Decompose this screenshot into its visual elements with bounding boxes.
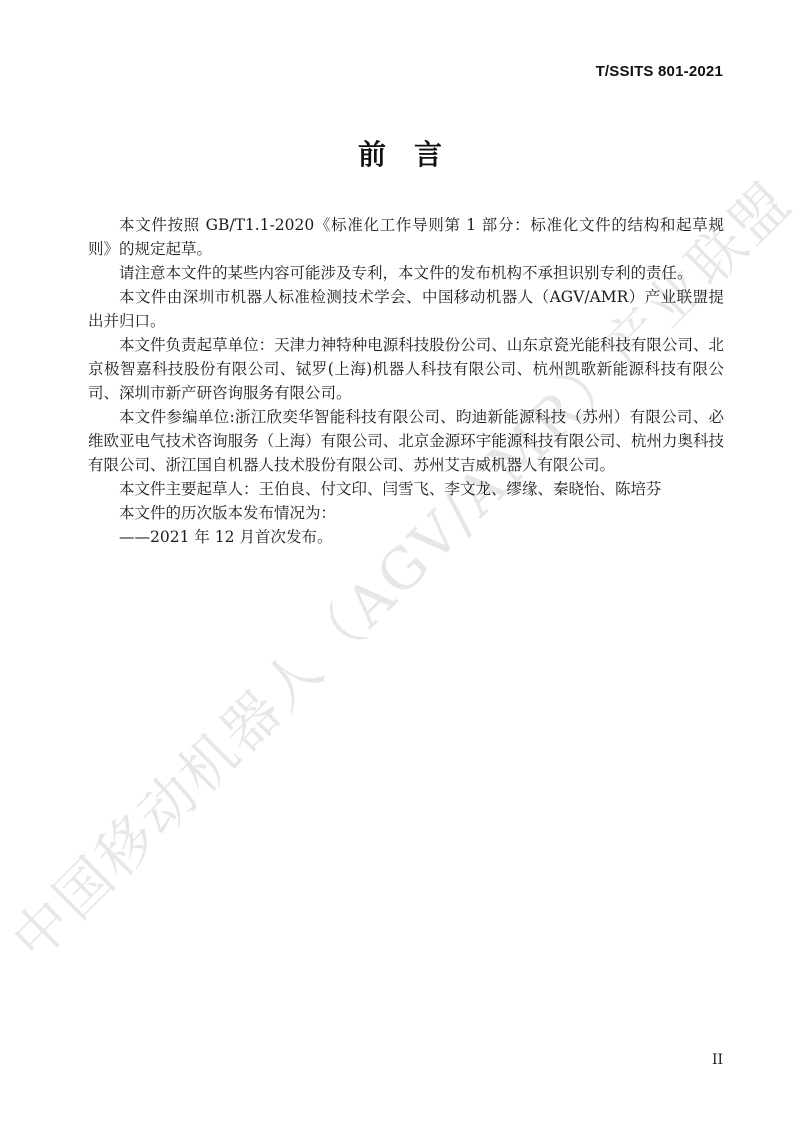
paragraph-main-drafters: 本文件主要起草人：王伯良、付文印、闫雪飞、李文龙、缪缘、秦晓怡、陈培芬 bbox=[88, 477, 724, 501]
document-header: T/SSITS 801-2021 bbox=[596, 63, 723, 80]
paragraph-patent-notice: 请注意本文件的某些内容可能涉及专利，本文件的发布机构不承担识别专利的责任。 bbox=[88, 261, 724, 285]
foreword-body: 本文件按照 GB/T1.1-2020《标准化工作导则第 1 部分：标准化文件的结… bbox=[88, 213, 724, 549]
standard-number: T/SSITS 801-2021 bbox=[596, 63, 723, 80]
paragraph-drafting-rules: 本文件按照 GB/T1.1-2020《标准化工作导则第 1 部分：标准化文件的结… bbox=[88, 213, 724, 261]
page-footer: II bbox=[712, 1052, 723, 1068]
page-title: 前 言 bbox=[0, 138, 800, 172]
document-page: 中国移动机器人（AGV/AMR）产业联盟 T/SSITS 801-2021 前 … bbox=[0, 0, 800, 1132]
paragraph-proposing-body: 本文件由深圳市机器人标准检测技术学会、中国移动机器人（AGV/AMR）产业联盟提… bbox=[88, 285, 724, 333]
paragraph-first-release: ——2021 年 12 月首次发布。 bbox=[88, 525, 724, 549]
paragraph-responsible-drafting-units: 本文件负责起草单位：天津力神特种电源科技股份公司、山东京瓷光能科技有限公司、北京… bbox=[88, 333, 724, 405]
paragraph-participating-units: 本文件参编单位:浙江欣奕华智能科技有限公司、昀迪新能源科技（苏州）有限公司、必维… bbox=[88, 405, 724, 477]
page-number: II bbox=[712, 1052, 723, 1068]
paragraph-version-history-intro: 本文件的历次版本发布情况为： bbox=[88, 501, 724, 525]
